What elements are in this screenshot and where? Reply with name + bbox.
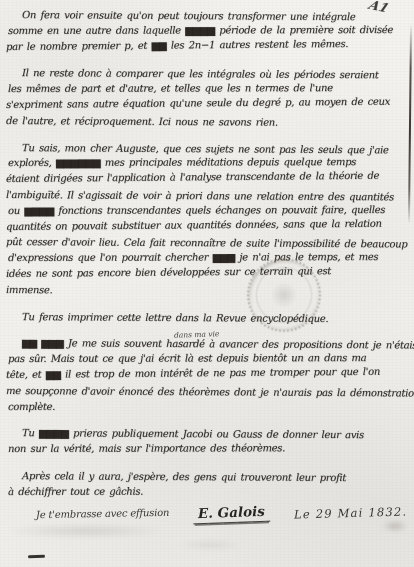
- handwritten-line: immense.: [6, 283, 410, 301]
- paragraph: Il ne reste donc à comparer que les inté…: [6, 66, 410, 129]
- scanned-letter-page: A1 On fera voir ensuite qu'on peut toujo…: [0, 0, 414, 567]
- scan-smudge: [10, 524, 160, 538]
- paragraph: Après cela il y aura, j'espère, des gens…: [6, 469, 410, 501]
- scan-artifact-dash: [28, 555, 45, 559]
- closing-phrase: Je t'embrasse avec effusion: [36, 508, 169, 521]
- handwritten-line: Tu feras imprimer cette lettre dans la R…: [6, 310, 410, 328]
- letter-date: Le 29 Mai 1832.: [294, 505, 408, 522]
- handwritten-line: tête, et ▆▆ il est trop de mon intérêt d…: [6, 364, 410, 383]
- handwritten-line: non sur la vérité, mais sur l'importance…: [8, 441, 412, 458]
- paragraph: Tu sais, mon cher Auguste, que ces sujet…: [6, 141, 410, 299]
- paragraph: Tu feras imprimer cette lettre dans la R…: [6, 310, 410, 326]
- scan-smudge: [180, 540, 240, 550]
- paragraph: dans ma vie▆▆ ▆▆▆ Je me suis souvent has…: [6, 336, 410, 415]
- handwritten-line: s'expriment sans autre équation qu'une s…: [6, 94, 410, 113]
- library-ink-stamp: [247, 258, 321, 332]
- handwritten-line: quantités on pouvait substituer aux quan…: [6, 216, 410, 235]
- handwritten-line: à déchiffrer tout ce gâchis.: [8, 484, 412, 501]
- handwritten-line: de l'autre, et réciproquement. Ici nous …: [6, 114, 410, 132]
- letter-body: On fera voir ensuite qu'on peut toujours…: [6, 6, 410, 501]
- closing-row: Je t'embrasse avec effusion E. Galois Le…: [6, 505, 410, 523]
- handwritten-line: par le nombre premier p, et ▆▆ les 2n−1 …: [6, 36, 410, 55]
- handwritten-line: étaient dirigées sur l'application à l'a…: [6, 169, 410, 188]
- handwritten-line: idées ne sont pas encore bien développée…: [6, 263, 410, 282]
- paragraph: On fera voir ensuite qu'on peut toujours…: [6, 8, 410, 55]
- paragraph: Tu ▆▆▆▆ prieras publiquement Jacobi ou G…: [6, 426, 410, 458]
- handwritten-line: complète.: [8, 398, 412, 415]
- signature: E. Galois: [193, 504, 270, 525]
